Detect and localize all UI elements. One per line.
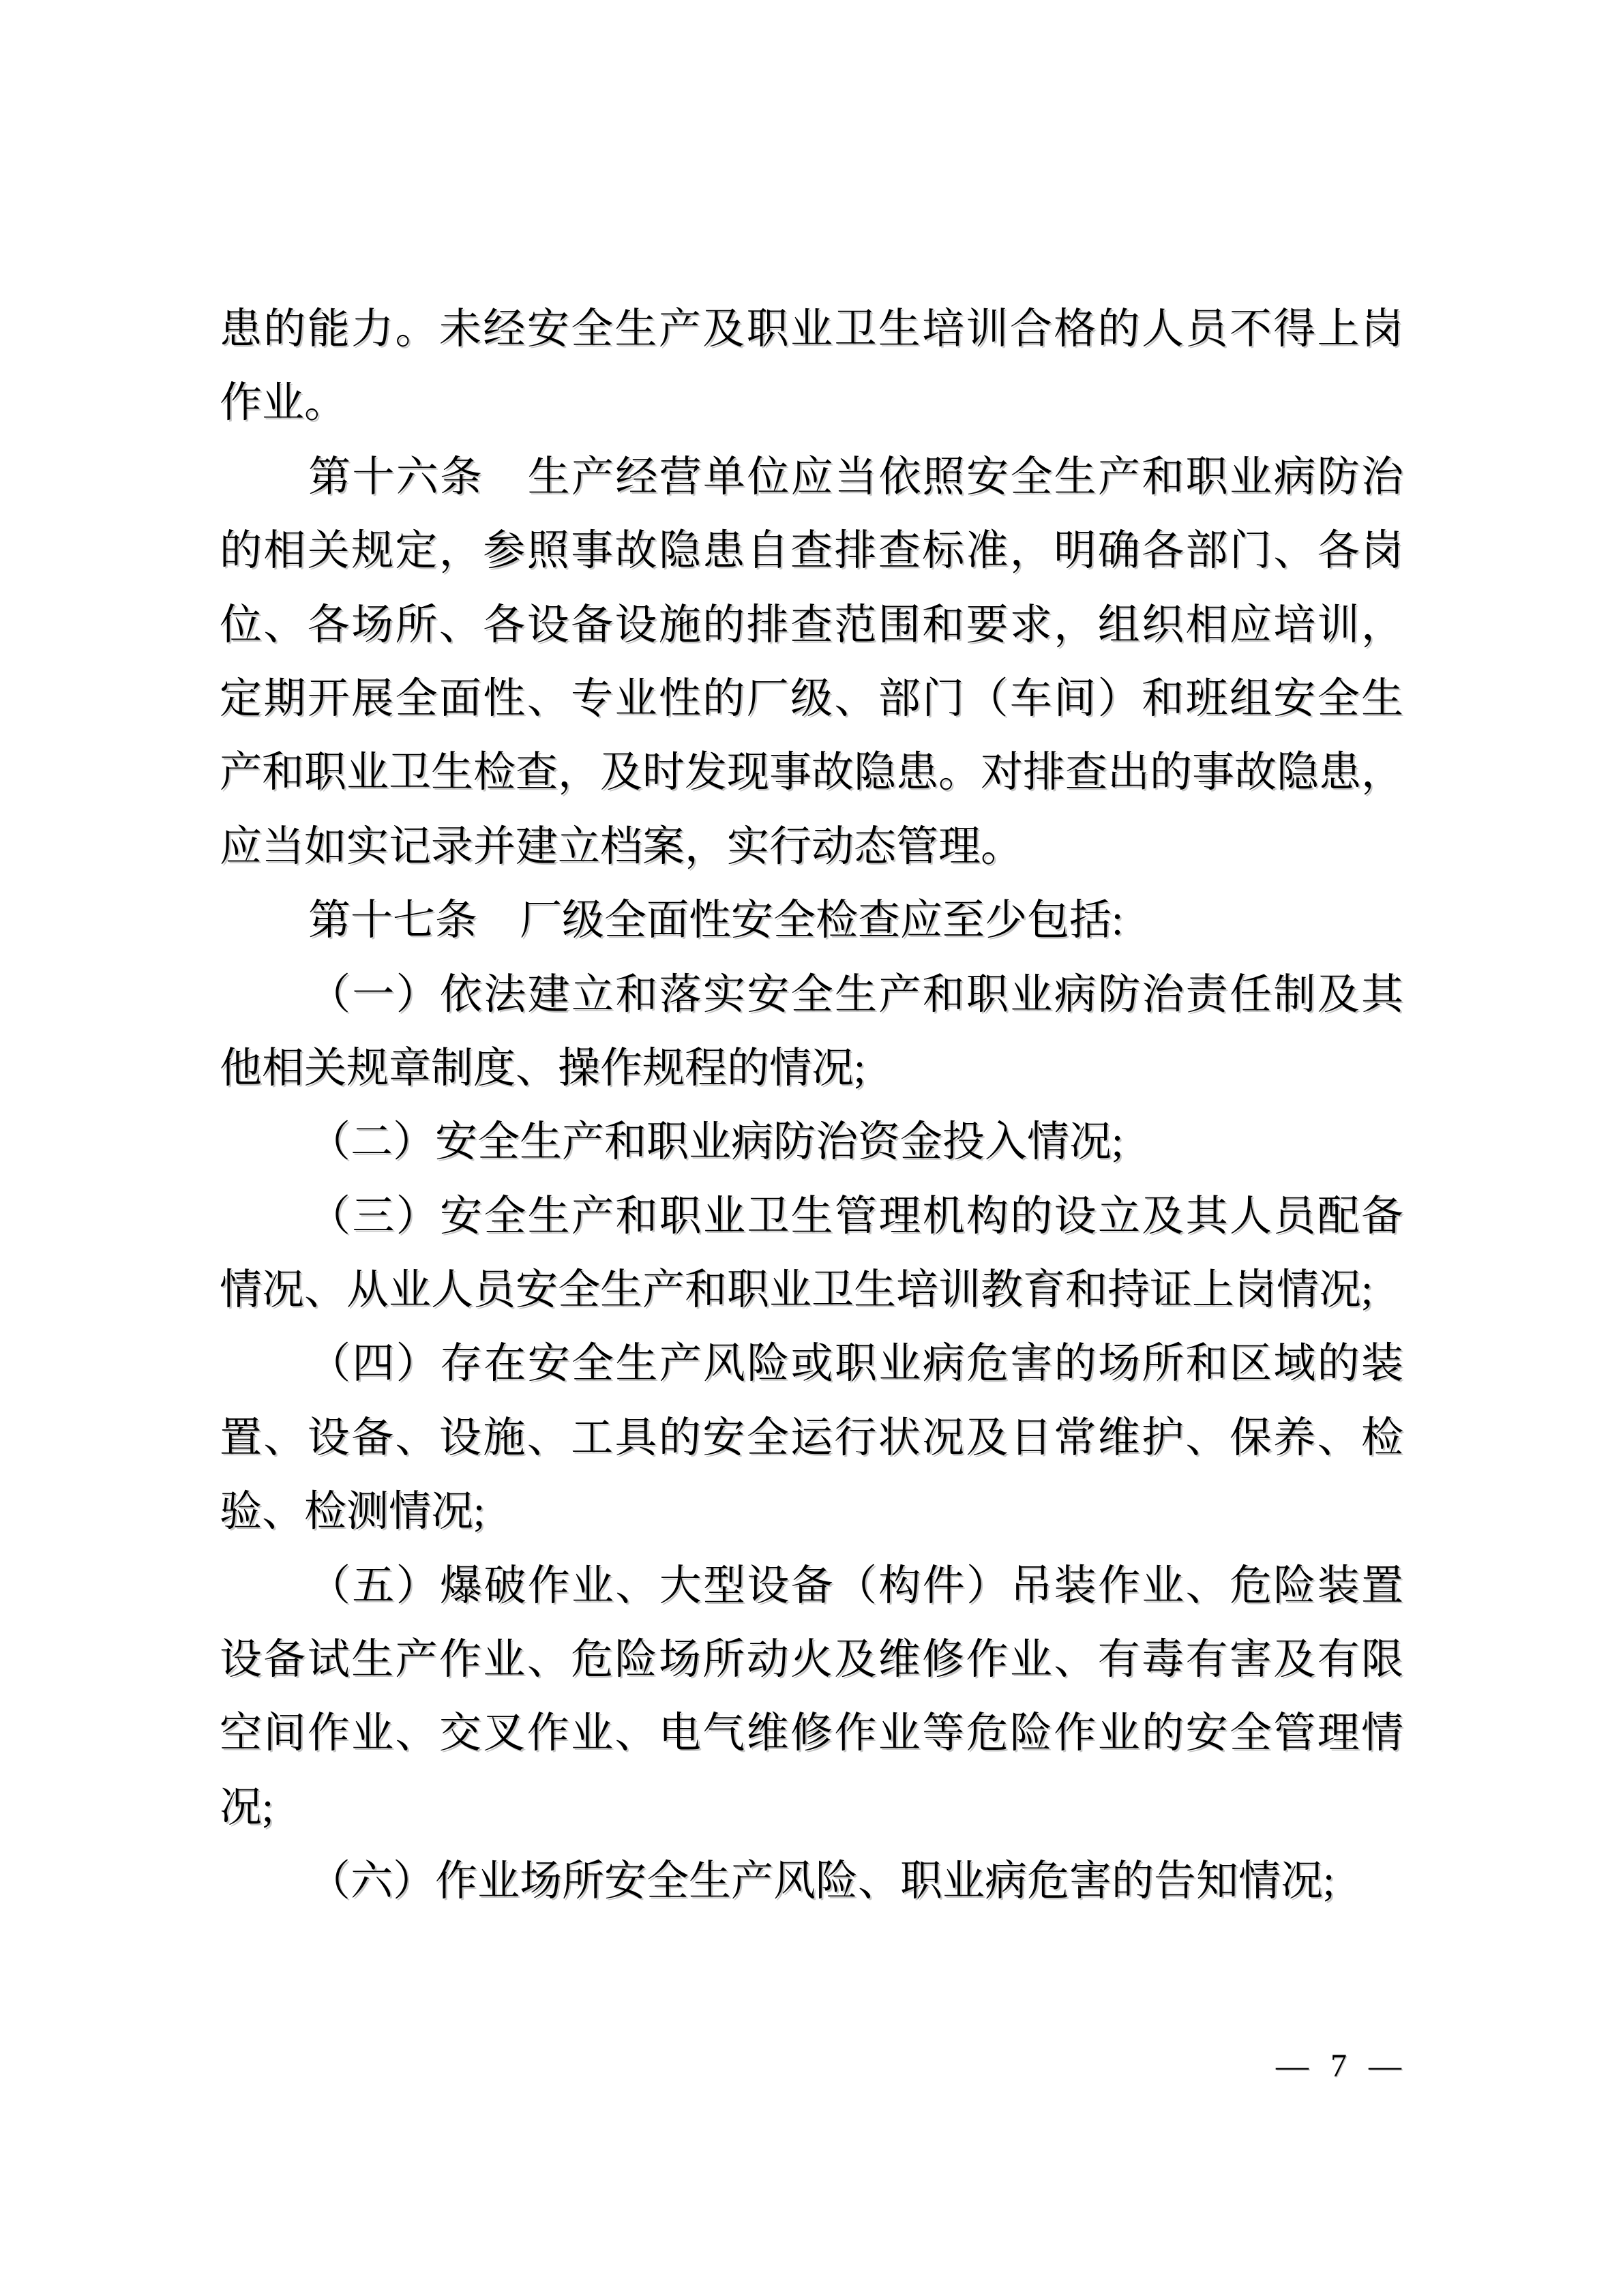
text-line: 设备试生产作业、危险场所动火及维修作业、有毒有害及有限 (220, 1623, 1403, 1697)
page-number: — 7 — (1276, 2044, 1401, 2088)
text-line: 验、检测情况; (220, 1475, 1403, 1549)
text-line: 应当如实记录并建立档案，实行动态管理。 (220, 810, 1403, 884)
article-17-heading-line: 第十七条 厂级全面性安全检查应至少包括: (220, 884, 1403, 957)
text-line: 作业。 (220, 366, 1403, 440)
text-line: 他相关规章制度、操作规程的情况; (220, 1032, 1403, 1105)
text-line: 位、各场所、各设备设施的排查范围和要求，组织相应培训， (220, 588, 1403, 662)
text-line: 产和职业卫生检查，及时发现事故隐患。对排查出的事故隐患， (220, 736, 1403, 809)
text-line: 况; (220, 1771, 1403, 1845)
text-line: 置、设备、设施、工具的安全运行状况及日常维护、保养、检 (220, 1401, 1403, 1475)
item-three-line: （三）安全生产和职业卫生管理机构的设立及其人员配备 (220, 1180, 1403, 1253)
article-16-heading-line: 第十六条 生产经营单位应当依照安全生产和职业病防治 (220, 441, 1403, 514)
text-line: 空间作业、交叉作业、电气维修作业等危险作业的安全管理情 (220, 1697, 1403, 1770)
item-six-line: （六）作业场所安全生产风险、职业病危害的告知情况; (220, 1845, 1403, 1918)
document-page: 患的能力。未经安全生产及职业卫生培训合格的人员不得上岗 作业。 第十六条 生产经… (0, 0, 1623, 2296)
item-two-line: （二）安全生产和职业病防治资金投入情况; (220, 1105, 1403, 1179)
text-line: 情况、从业人员安全生产和职业卫生培训教育和持证上岗情况; (220, 1253, 1403, 1327)
document-body: 患的能力。未经安全生产及职业卫生培训合格的人员不得上岗 作业。 第十六条 生产经… (220, 293, 1403, 1919)
item-five-line: （五）爆破作业、大型设备（构件）吊装作业、危险装置 (220, 1549, 1403, 1623)
text-line: 患的能力。未经安全生产及职业卫生培训合格的人员不得上岗 (220, 293, 1403, 366)
item-one-line: （一）依法建立和落实安全生产和职业病防治责任制及其 (220, 958, 1403, 1032)
item-four-line: （四）存在安全生产风险或职业病危害的场所和区域的装 (220, 1327, 1403, 1401)
text-line: 定期开展全面性、专业性的厂级、部门（车间）和班组安全生 (220, 662, 1403, 736)
text-line: 的相关规定，参照事故隐患自查排查标准，明确各部门、各岗 (220, 514, 1403, 588)
